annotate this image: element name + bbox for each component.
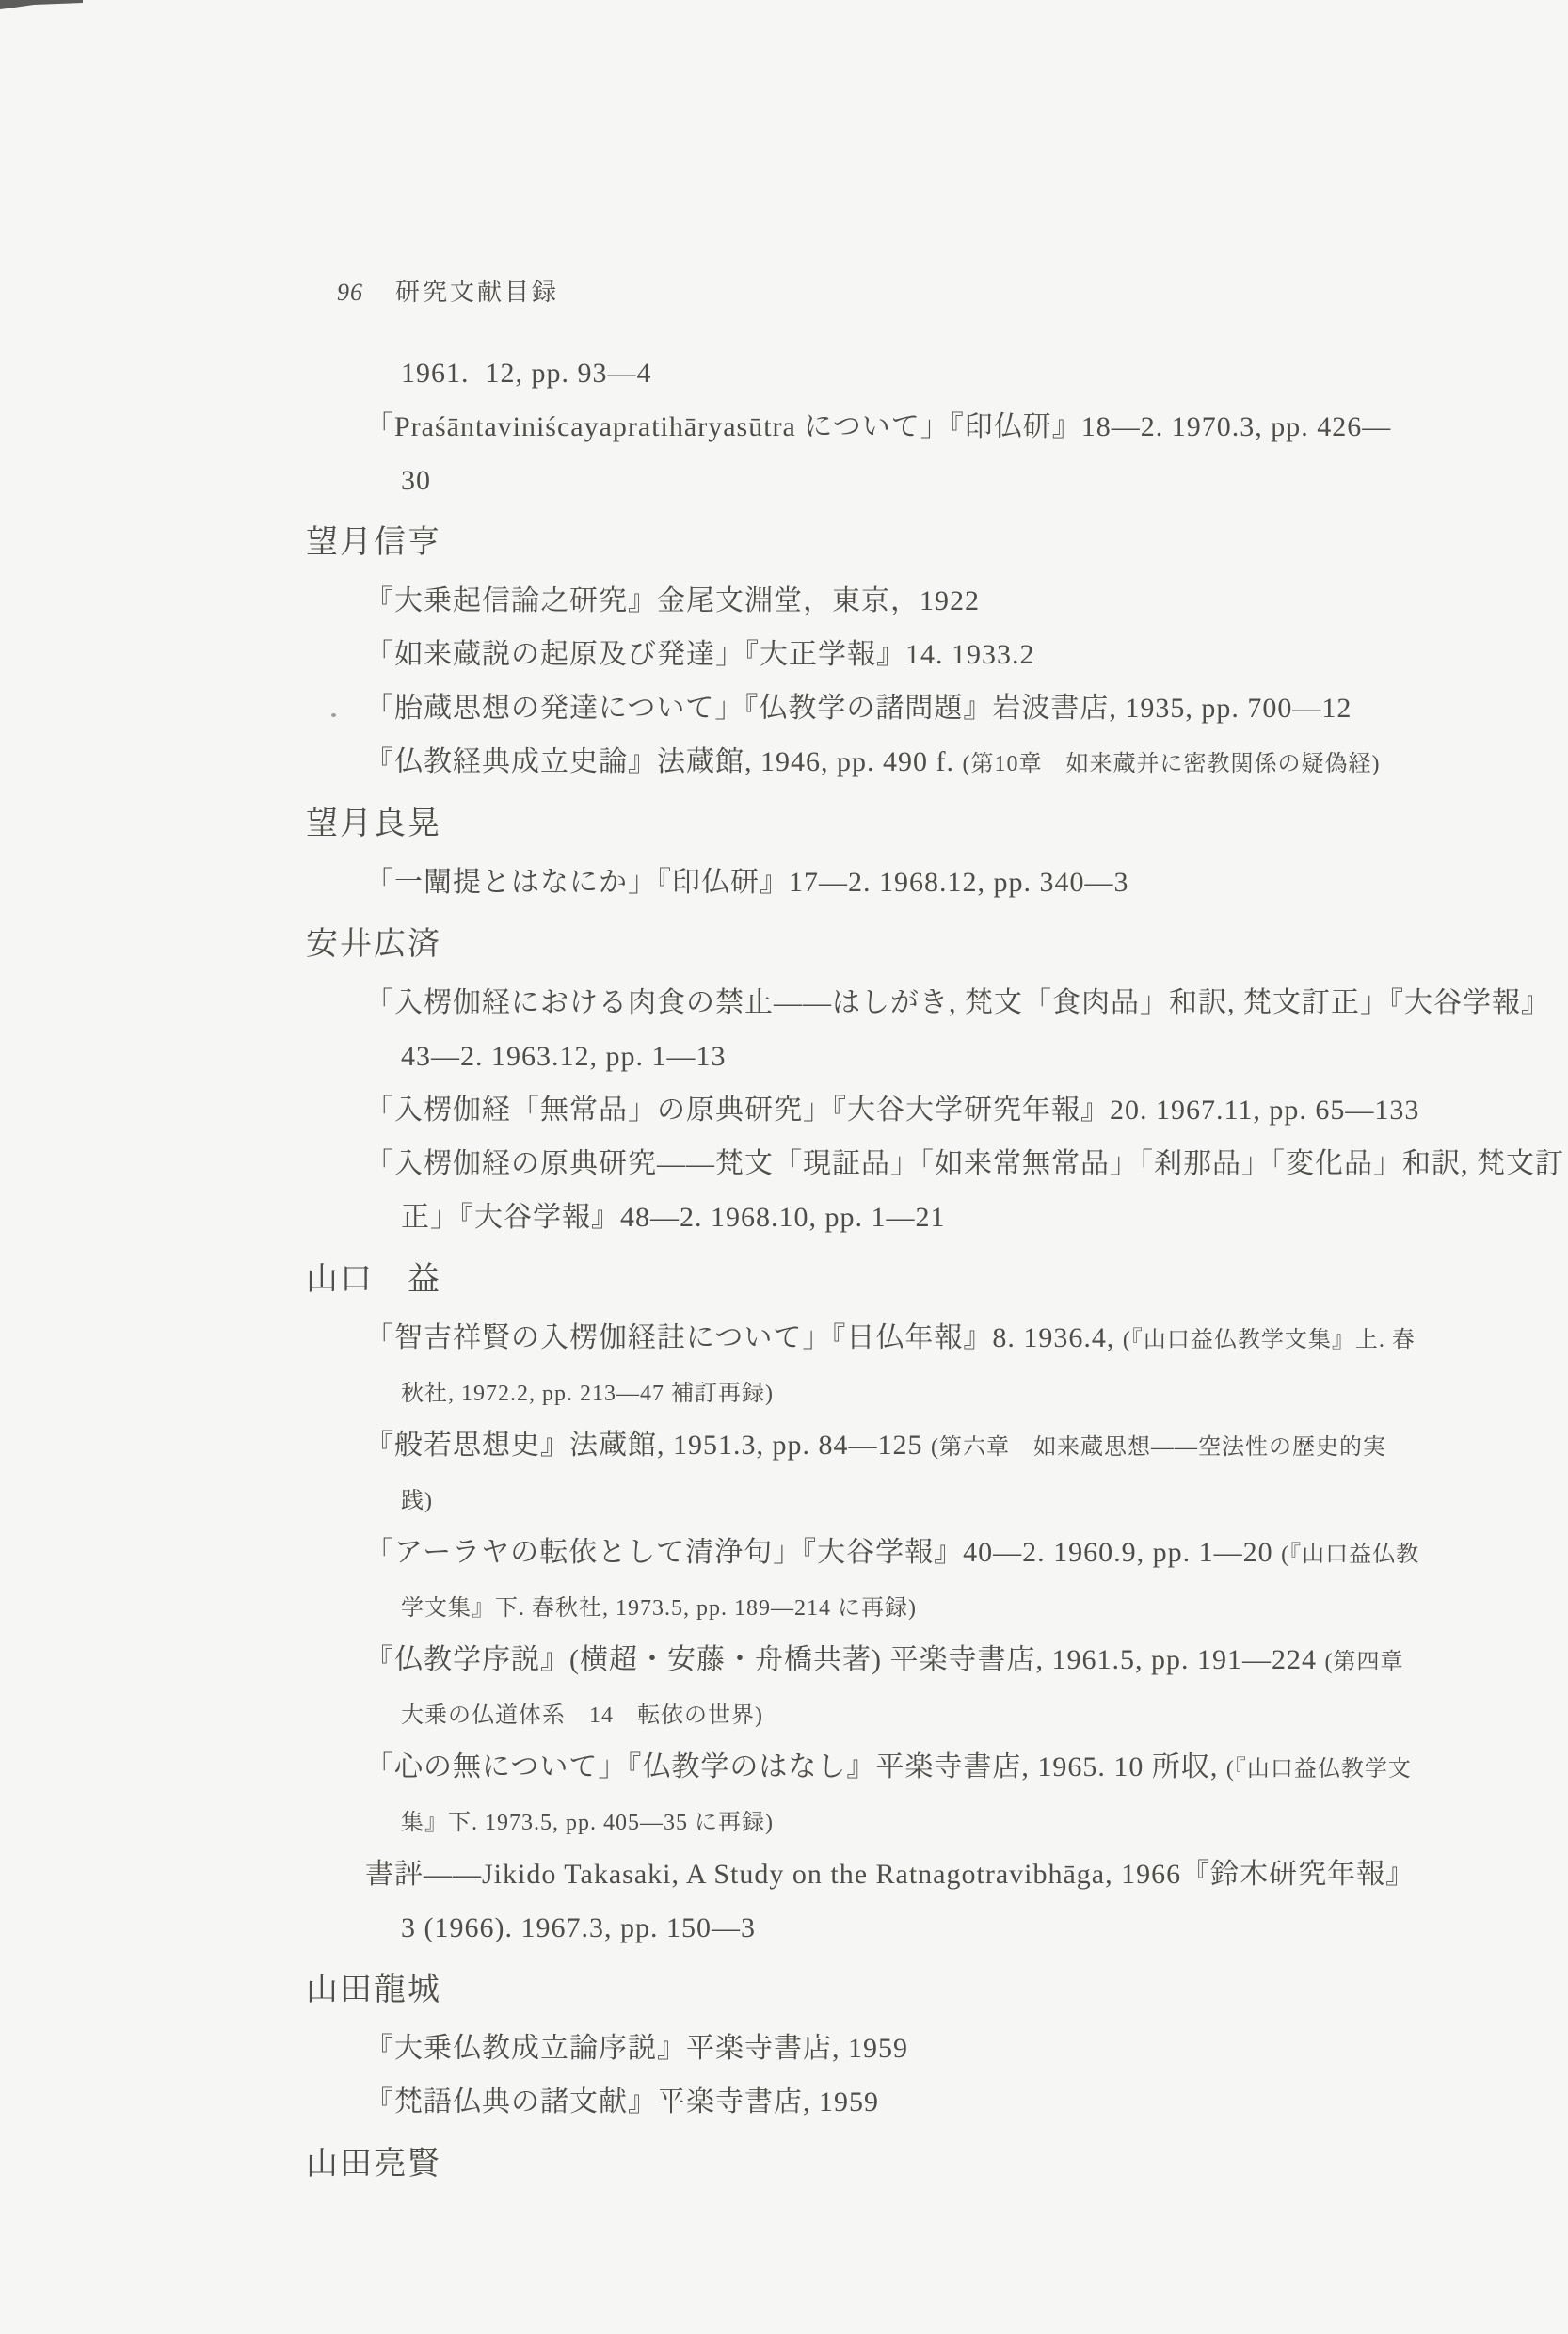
text-segment: 「如来蔵説の起原及び発達」『大正学報』14. 1933.2 bbox=[365, 639, 1035, 670]
text-segment: 望月良晃 bbox=[306, 807, 441, 841]
author-heading: 山口 益 bbox=[0, 1250, 1568, 1309]
bibliography-line: 30 bbox=[0, 454, 1568, 507]
text-segment: 望月信亨 bbox=[306, 525, 441, 560]
text-segment: 正」『大谷学報』48—2. 1968.10, pp. 1—21 bbox=[401, 1202, 946, 1233]
bibliography-line: 「アーラヤの転依として清浄句」『大谷学報』40—2. 1960.9, pp. 1… bbox=[0, 1526, 1568, 1579]
bibliography-line: 「如来蔵説の起原及び発達」『大正学報』14. 1933.2 bbox=[0, 628, 1568, 681]
author-heading: 山田龍城 bbox=[0, 1960, 1568, 2020]
bibliography-line: 『大乗起信論之研究』金尾文淵堂，東京，1922 bbox=[0, 574, 1568, 628]
author-heading: 望月信亨 bbox=[0, 513, 1568, 572]
bibliography-line: 『大乗仏教成立論序説』平楽寺書店, 1959 bbox=[0, 2022, 1568, 2075]
bibliography-line: 「入楞伽経「無常品」の原典研究」『大谷大学研究年報』20. 1967.11, p… bbox=[0, 1083, 1568, 1137]
text-segment: 「入楞伽経における肉食の禁止——はしがき, 梵文「食肉品」和訳, 梵文訂正」『大… bbox=[365, 987, 1550, 1018]
bibliography-line: 『梵語仏典の諸文献』平楽寺書店, 1959 bbox=[0, 2075, 1568, 2129]
text-segment: 1961. 12, pp. 93—4 bbox=[401, 358, 652, 389]
text-segment: 30 bbox=[401, 465, 431, 496]
author-heading: 望月良晃 bbox=[0, 794, 1568, 854]
text-segment: 『仏教経典成立史論』法蔵館, 1946, pp. 490 f. bbox=[365, 746, 963, 777]
author-heading: 安井広済 bbox=[0, 915, 1568, 974]
bibliography-line: 「智吉祥賢の入楞伽経註について」『日仏年報』8. 1936.4, (『山口益仏教… bbox=[0, 1311, 1568, 1365]
text-segment: (第六章 如来蔵思想——空法性の歴史的実 bbox=[931, 1435, 1386, 1460]
text-segment: 山口 益 bbox=[306, 1262, 441, 1297]
page-number: 96 bbox=[337, 279, 363, 307]
author-heading: 山田亮賢 bbox=[0, 2134, 1568, 2194]
text-segment: 『仏教学序説』(横超・安藤・舟橋共著) 平楽寺書店, 1961.5, pp. 1… bbox=[365, 1644, 1324, 1675]
text-segment: 「一闡提とはなにか」『印仏研』17—2. 1968.12, pp. 340—3 bbox=[365, 867, 1129, 898]
text-segment: (『山口益仏教学文 bbox=[1226, 1757, 1412, 1782]
bibliography-line: 「Praśāntaviniścayapratihāryasūtra について」『… bbox=[0, 400, 1568, 454]
text-segment: 「入楞伽経の原典研究——梵文「現証品」「如来常無常品」「刹那品」「変化品」和訳,… bbox=[365, 1148, 1564, 1179]
text-segment: 『大乗仏教成立論序説』平楽寺書店, 1959 bbox=[365, 2033, 908, 2064]
text-segment: (第10章 如来蔵并に密教関係の疑偽経) bbox=[963, 752, 1381, 776]
text-segment: (第四章 bbox=[1324, 1650, 1403, 1674]
text-segment: 「心の無について」『仏教学のはなし』平楽寺書店, 1965. 10 所収, bbox=[365, 1751, 1226, 1782]
bibliography-line: 1961. 12, pp. 93—4 bbox=[0, 346, 1568, 400]
scanned-bibliography-page: 96 研究文献目録 1961. 12, pp. 93—4「Praśāntavin… bbox=[0, 0, 1568, 2334]
text-segment: 山田亮賢 bbox=[306, 2147, 441, 2182]
bibliography-line: 秋社, 1972.2, pp. 213—47 補訂再録) bbox=[0, 1365, 1568, 1418]
running-head: 96 研究文献目録 bbox=[337, 279, 559, 307]
scan-smudge-artifact bbox=[0, 0, 83, 9]
text-segment: (『山口益仏教学文集』上. 春 bbox=[1123, 1328, 1416, 1352]
text-segment: 『大乗起信論之研究』金尾文淵堂，東京，1922 bbox=[365, 585, 980, 616]
text-segment: (『山口益仏教 bbox=[1281, 1543, 1419, 1567]
bibliography-line: 学文集』下. 春秋社, 1973.5, pp. 189—214 に再録) bbox=[0, 1579, 1568, 1633]
text-segment: 「アーラヤの転依として清浄句」『大谷学報』40—2. 1960.9, pp. 1… bbox=[365, 1537, 1281, 1568]
text-segment: 3 (1966). 1967.3, pp. 150—3 bbox=[401, 1912, 756, 1943]
text-segment: 「入楞伽経「無常品」の原典研究」『大谷大学研究年報』20. 1967.11, p… bbox=[365, 1095, 1419, 1126]
bibliography-line: 「入楞伽経における肉食の禁止——はしがき, 梵文「食肉品」和訳, 梵文訂正」『大… bbox=[0, 976, 1568, 1030]
bibliography-line: 『仏教学序説』(横超・安藤・舟橋共著) 平楽寺書店, 1961.5, pp. 1… bbox=[0, 1633, 1568, 1687]
text-segment: 「胎蔵思想の発達について」『仏教学の諸問題』岩波書店, 1935, pp. 70… bbox=[365, 693, 1352, 724]
text-segment: 『梵語仏典の諸文献』平楽寺書店, 1959 bbox=[365, 2086, 879, 2118]
text-segment: 集』下. 1973.5, pp. 405—35 に再録) bbox=[401, 1811, 774, 1835]
text-segment: 山田龍城 bbox=[306, 1973, 441, 2007]
bibliography-line: 正」『大谷学報』48—2. 1968.10, pp. 1—21 bbox=[0, 1191, 1568, 1244]
text-segment: 学文集』下. 春秋社, 1973.5, pp. 189—214 に再録) bbox=[401, 1596, 917, 1621]
bibliography-line: 「一闡提とはなにか」『印仏研』17—2. 1968.12, pp. 340—3 bbox=[0, 855, 1568, 909]
text-segment: 秋社, 1972.2, pp. 213—47 補訂再録) bbox=[401, 1382, 774, 1406]
bibliography-line: 3 (1966). 1967.3, pp. 150—3 bbox=[0, 1901, 1568, 1955]
text-segment: 安井広済 bbox=[306, 927, 441, 962]
bibliography-line: 43—2. 1963.12, pp. 1—13 bbox=[0, 1030, 1568, 1083]
text-segment: 「智吉祥賢の入楞伽経註について」『日仏年報』8. 1936.4, bbox=[365, 1322, 1123, 1353]
bibliography-line: 践) bbox=[0, 1472, 1568, 1526]
bibliography-line: 集』下. 1973.5, pp. 405—35 に再録) bbox=[0, 1794, 1568, 1847]
text-segment: 「Praśāntaviniścayapratihāryasūtra について」『… bbox=[365, 411, 1391, 442]
text-segment: 書評——Jikido Takasaki, A Study on the Ratn… bbox=[365, 1859, 1415, 1890]
bibliography-line: 『仏教経典成立史論』法蔵館, 1946, pp. 490 f. (第10章 如来… bbox=[0, 735, 1568, 789]
text-segment: 43—2. 1963.12, pp. 1—13 bbox=[401, 1041, 727, 1072]
bibliography-line: 「入楞伽経の原典研究——梵文「現証品」「如来常無常品」「刹那品」「変化品」和訳,… bbox=[0, 1137, 1568, 1191]
text-segment: 践) bbox=[401, 1489, 433, 1513]
bibliography-line: 大乗の仏道体系 14 転依の世界) bbox=[0, 1687, 1568, 1740]
bibliography-line: 書評——Jikido Takasaki, A Study on the Ratn… bbox=[0, 1847, 1568, 1901]
bibliography-line: 「胎蔵思想の発達について」『仏教学の諸問題』岩波書店, 1935, pp. 70… bbox=[0, 681, 1568, 735]
text-segment: 『般若思想史』法蔵館, 1951.3, pp. 84—125 bbox=[365, 1430, 931, 1461]
bibliography-line: 『般若思想史』法蔵館, 1951.3, pp. 84—125 (第六章 如来蔵思… bbox=[0, 1418, 1568, 1472]
bibliography-line: 「心の無について」『仏教学のはなし』平楽寺書店, 1965. 10 所収, (『… bbox=[0, 1740, 1568, 1794]
running-head-title: 研究文献目録 bbox=[395, 279, 559, 307]
text-segment: 大乗の仏道体系 14 転依の世界) bbox=[401, 1703, 763, 1728]
bibliography-list: 1961. 12, pp. 93—4「Praśāntaviniścayaprat… bbox=[0, 346, 1568, 2196]
